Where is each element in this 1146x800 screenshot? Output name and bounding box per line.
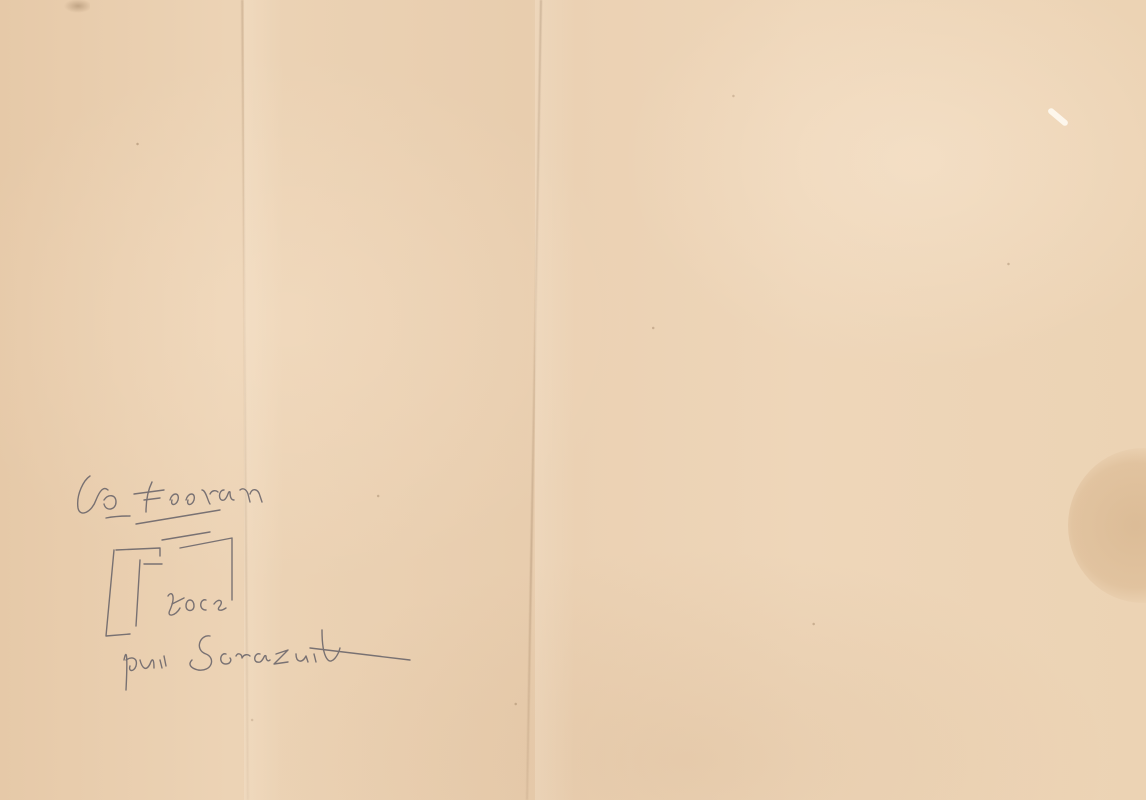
fold-line-center: [526, 0, 542, 800]
inscription-line-2: Hoce: [440, 460, 441, 461]
water-stain: [1068, 448, 1146, 603]
inscription-line-1: No Feeran: [440, 460, 441, 461]
fold-shade-center: [535, 0, 575, 800]
edge-wear: [0, 0, 90, 40]
paper-card: No Feeran Hoce pu. Serazuit: [0, 0, 1146, 800]
inscription-line-3: pu. Serazuit: [440, 460, 441, 461]
handwriting-strokes: [60, 460, 440, 720]
paper-scuff: [1047, 107, 1069, 127]
pencil-inscription: No Feeran Hoce pu. Serazuit: [60, 460, 440, 720]
